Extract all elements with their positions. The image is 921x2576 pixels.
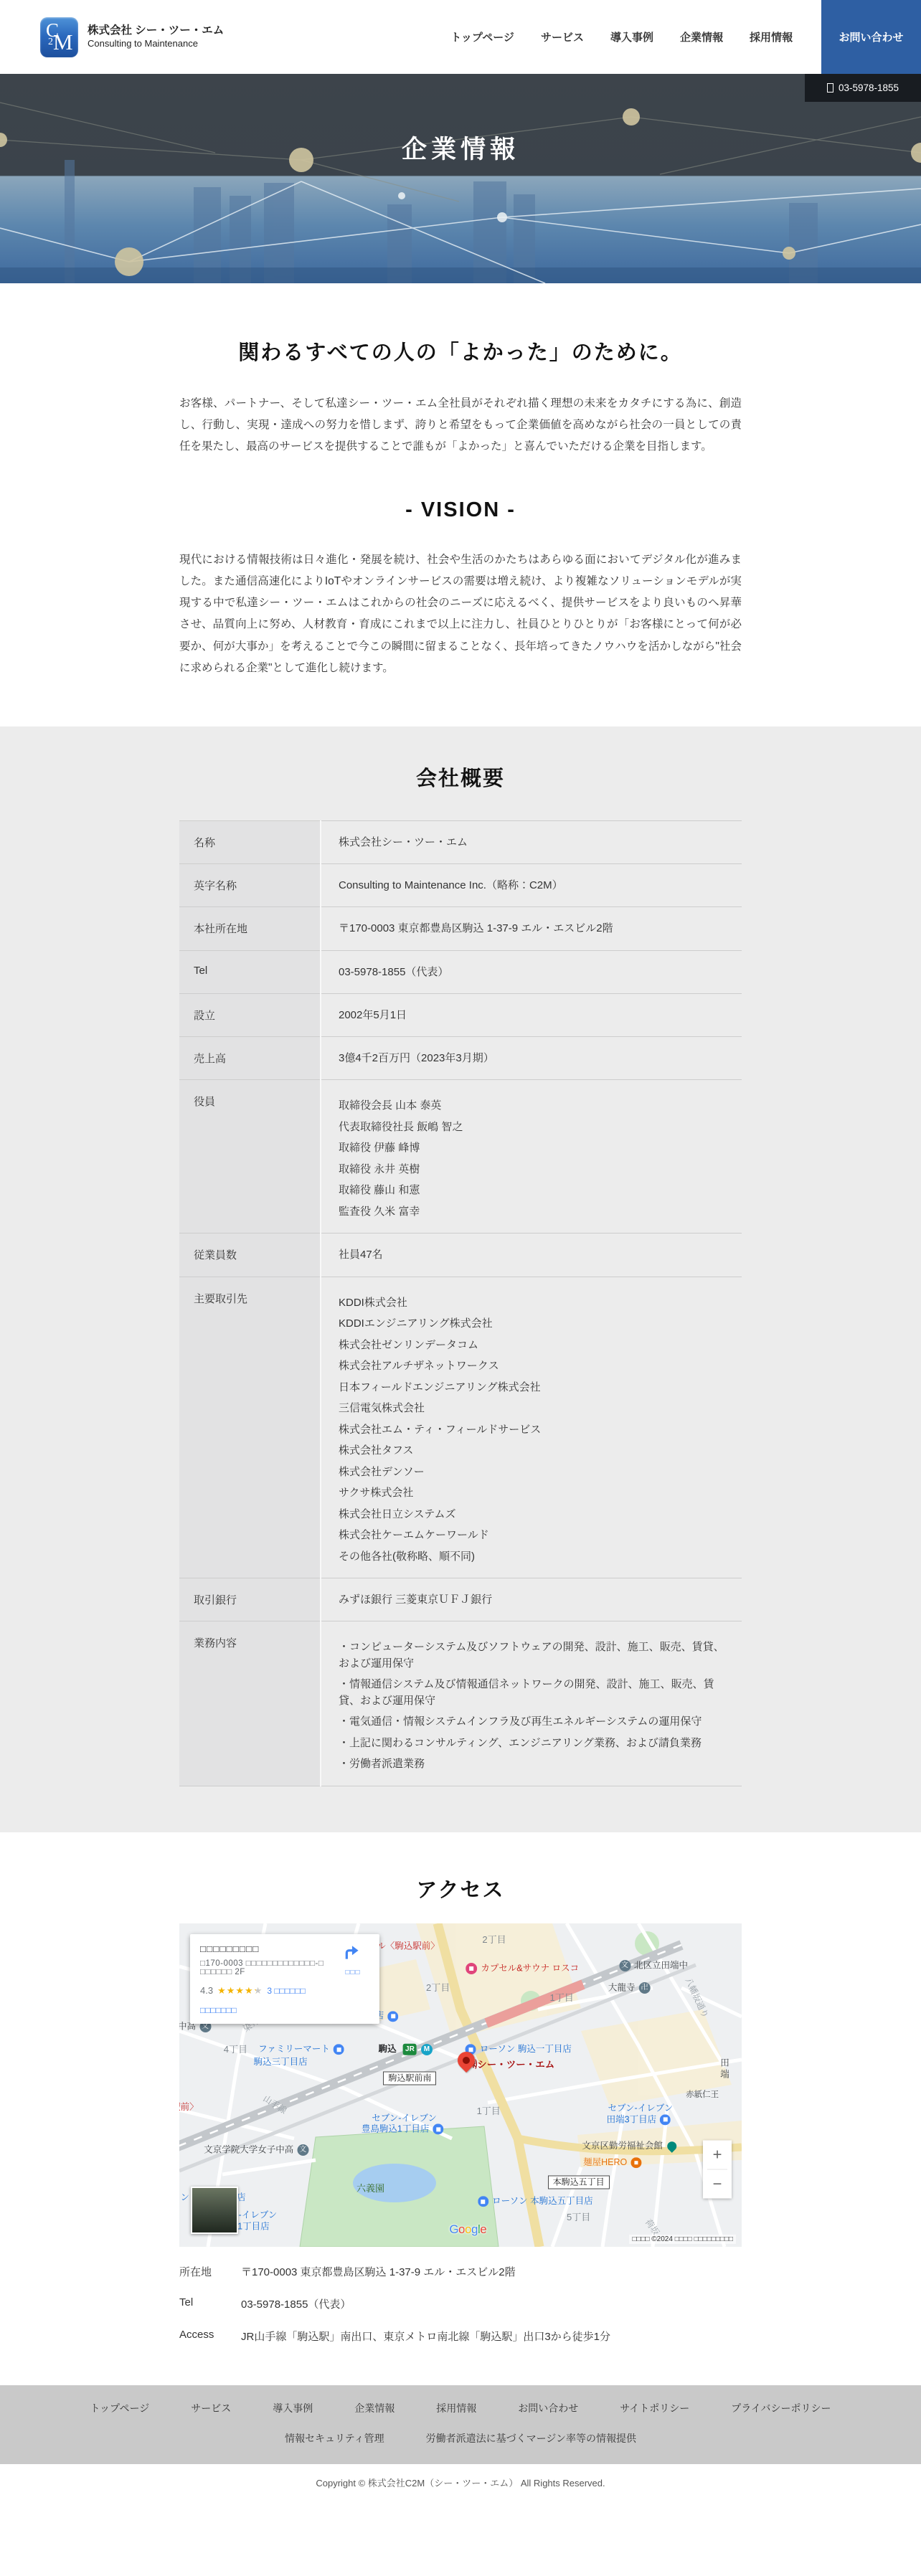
phone-icon <box>827 83 833 93</box>
map-label: 文京区勤労福祉会館 <box>582 2141 676 2152</box>
footer-link[interactable]: 情報セキュリティ管理 <box>285 2431 384 2445</box>
business-line: ・上記に関わるコンサルティング、エンジニアリング業務、および請負業務 <box>339 1736 735 1752</box>
row-value: ・コンピューターシステム及びソフトウェアの開発、設計、施工、販売、賃貸、および運… <box>321 1621 742 1786</box>
row-value: みずほ銀行 三菱東京ＵＦＪ銀行 <box>321 1578 742 1621</box>
row-label: 役員 <box>179 1080 321 1233</box>
map-label: 駒込駅前南 <box>383 2072 436 2085</box>
client-line: 株式会社エム・ティ・フィールドサービス <box>339 1422 735 1439</box>
site-header: C 2 M 株式会社 シー・ツー・エム Consulting to Mainte… <box>0 0 921 74</box>
detail-row: 所在地 〒170-0003 東京都豊島区駒込 1-37-9 エル・エスビル2階 <box>179 2264 742 2279</box>
map-label: カプセル&サウナ ロスコ <box>466 1963 579 1974</box>
row-label: 本社所在地 <box>179 907 321 950</box>
contact-button[interactable]: お問い合わせ <box>821 0 921 74</box>
nav-link[interactable]: トップページ <box>450 29 514 44</box>
access-heading: アクセス <box>179 1874 742 1903</box>
map-label: 駅前〉 <box>179 2102 199 2113</box>
logo-letter-2: 2 <box>48 37 53 48</box>
page-title: 企業情報 <box>0 130 921 166</box>
detail-label: Tel <box>179 2296 241 2311</box>
logo-text: 株式会社 シー・ツー・エム Consulting to Maintenance <box>88 24 224 50</box>
table-row: 名称株式会社シー・ツー・エム <box>179 820 742 863</box>
zoom-in-button[interactable]: + <box>703 2140 732 2169</box>
table-row: 取引銀行みずほ銀行 三菱東京ＵＦＪ銀行 <box>179 1578 742 1621</box>
hero-network-graphic <box>0 74 921 283</box>
map-info-card: □□□□□□□□□ □170-0003 □□□□□□□□□□□□□-□ □□□□… <box>190 1934 379 2024</box>
row-label: 業務内容 <box>179 1621 321 1786</box>
row-value: KDDI株式会社KDDIエンジニアリング株式会社株式会社ゼンリンデータコム株式会… <box>321 1277 742 1578</box>
table-row: 英字名称Consulting to Maintenance Inc.（略称：C2… <box>179 864 742 907</box>
footer-link[interactable]: 労働者派遣法に基づくマージン率等の情報提供 <box>426 2431 636 2445</box>
detail-value: 〒170-0003 東京都豊島区駒込 1-37-9 エル・エスビル2階 <box>241 2264 516 2279</box>
phone-number: 03-5978-1855 <box>839 82 899 93</box>
map-zoom-control: + − <box>703 2140 732 2198</box>
map-label: ローソン 駒込一丁目店 <box>462 2044 572 2055</box>
row-label: 設立 <box>179 993 321 1036</box>
business-line: ・労働者派遣業務 <box>339 1756 735 1773</box>
map-label: 駒込 <box>379 2044 397 2055</box>
nav-link[interactable]: サービス <box>541 29 584 44</box>
client-line: 株式会社デンソー <box>339 1464 735 1481</box>
detail-label: Access <box>179 2329 241 2344</box>
main-nav: トップページサービス導入事例企業情報採用情報 <box>450 29 793 44</box>
row-value: 株式会社シー・ツー・エム <box>321 820 742 863</box>
footer-link[interactable]: 導入事例 <box>273 2401 313 2415</box>
map-label: 1丁目 <box>549 1992 573 2004</box>
google-logo[interactable]: Google <box>449 2222 486 2237</box>
view-larger-map-link[interactable]: □□□□□□□ <box>200 2005 369 2015</box>
map-label: セブン-イレブン 田端3丁目店 <box>607 2103 674 2125</box>
map-label: 麺屋HERO <box>583 2157 641 2169</box>
rating-value: 4.3 <box>200 1985 213 1996</box>
map-label: 1丁目 <box>477 2105 501 2116</box>
footer-nav: トップページサービス導入事例企業情報採用情報お問い合わせサイトポリシープライバシ… <box>0 2385 921 2464</box>
table-row: 役員 取締役会長 山本 泰英代表取締役社長 飯嶋 智之取締役 伊藤 峰博取締役 … <box>179 1080 742 1233</box>
map-label: 本駒込五丁目 <box>548 2175 610 2189</box>
footer-link[interactable]: サイトポリシー <box>620 2401 689 2415</box>
vision-body: 現代における情報技術は日々進化・発展を続け、社会や生活のかたちはあらゆる面におい… <box>179 549 742 679</box>
footer-link[interactable]: プライバシーポリシー <box>731 2401 831 2415</box>
detail-row: Tel 03-5978-1855（代表） <box>179 2296 742 2311</box>
map-label: ローソン 本駒込五丁目店 <box>474 2196 592 2207</box>
row-value: 03-5978-1855（代表） <box>321 950 742 993</box>
officer-line: 取締役 伊藤 峰博 <box>339 1140 735 1157</box>
logo-letter-m: M <box>53 29 73 55</box>
map-label: 赤紙仁王 <box>686 2090 719 2100</box>
officer-line: 代表取締役社長 飯嶋 智之 <box>339 1119 735 1136</box>
client-line: KDDIエンジニアリング株式会社 <box>339 1316 735 1332</box>
map-pin-label: ㈱シー・ツー・エム <box>468 2060 555 2072</box>
row-value: 取締役会長 山本 泰英代表取締役社長 飯嶋 智之取締役 伊藤 峰博取締役 永井 … <box>321 1080 742 1233</box>
detail-row: Access JR山手線「駒込駅」南出口、東京メトロ南北線「駒込駅」出口3から徒… <box>179 2329 742 2344</box>
vision-heading: - VISION - <box>179 498 742 522</box>
detail-value: JR山手線「駒込駅」南出口、東京メトロ南北線「駒込駅」出口3から徒歩1分 <box>241 2329 610 2344</box>
directions-label: □□□ <box>336 1969 369 1976</box>
map-label: 大龍寺 <box>608 1982 651 1994</box>
nav-link[interactable]: 採用情報 <box>750 29 793 44</box>
table-row: 業務内容 ・コンピューターシステム及びソフトウェアの開発、設計、施工、販売、賃貸… <box>179 1621 742 1786</box>
map-label: 田端 <box>717 2058 734 2080</box>
row-label: Tel <box>179 950 321 993</box>
row-label: 売上高 <box>179 1037 321 1080</box>
company-overview-section: 会社概要 名称株式会社シー・ツー・エム 英字名称Consulting to Ma… <box>0 726 921 1832</box>
footer-link[interactable]: サービス <box>191 2401 231 2415</box>
footer-links-row1: トップページサービス導入事例企業情報採用情報お問い合わせサイトポリシープライバシ… <box>0 2401 921 2415</box>
detail-label: 所在地 <box>179 2264 241 2279</box>
map-attribution[interactable]: □□□□ ©2024 □□□□ □□□□□□□□□ <box>629 2235 736 2244</box>
rating-stars-icon: ★★★★★ <box>217 1985 263 1997</box>
business-line: ・情報通信システム及び情報通信ネットワークの開発、設計、施工、販売、賃貸、および… <box>339 1677 735 1709</box>
nav-link[interactable]: 企業情報 <box>680 29 723 44</box>
street-view-thumbnail[interactable] <box>191 2187 238 2234</box>
client-line: 株式会社ゼンリンデータコム <box>339 1337 735 1354</box>
copyright: Copyright © 株式会社C2M（シー・ツー・エム） All Rights… <box>0 2464 921 2498</box>
client-line: その他各社(敬称略、順不同) <box>339 1549 735 1566</box>
footer-link[interactable]: 企業情報 <box>354 2401 395 2415</box>
officer-line: 取締役 藤山 和憲 <box>339 1183 735 1199</box>
map-label: 5丁目 <box>567 2212 590 2223</box>
access-section: アクセス <box>0 1832 921 2385</box>
google-map[interactable]: パホテル〈駒込駅前〉2丁目カプセル&サウナ ロスコ北区立田端中大龍寺2丁目1丁目… <box>179 1923 742 2247</box>
client-line: 株式会社日立システムズ <box>339 1507 735 1523</box>
map-card-address: □170-0003 □□□□□□□□□□□□□-□ □□□□□□ 2F <box>200 1959 333 1976</box>
reviews-link[interactable]: 3 □□□□□□ <box>267 1986 306 1996</box>
officer-line: 取締役 永井 英樹 <box>339 1162 735 1178</box>
directions-icon <box>344 1943 362 1962</box>
officer-line: 監査役 久米 富幸 <box>339 1204 735 1221</box>
business-line: ・コンピューターシステム及びソフトウェアの開発、設計、施工、販売、賃貸、および運… <box>339 1639 735 1672</box>
officer-line: 取締役会長 山本 泰英 <box>339 1098 735 1114</box>
philosophy-body: お客様、パートナー、そして私達シー・ツー・エム全社員がそれぞれ描く理想の未来をカ… <box>179 393 742 458</box>
company-overview-table: 名称株式会社シー・ツー・エム 英字名称Consulting to Mainten… <box>179 820 742 1786</box>
row-value: 社員47名 <box>321 1233 742 1277</box>
company-name-en: Consulting to Maintenance <box>88 38 224 50</box>
map-label: 4丁目 <box>224 2044 247 2055</box>
site-logo[interactable]: C 2 M 株式会社 シー・ツー・エム Consulting to Mainte… <box>40 17 224 57</box>
hero-banner: 企業情報 <box>0 74 921 283</box>
client-line: 日本フィールドエンジニアリング株式会社 <box>339 1380 735 1396</box>
map-label: JR <box>403 2044 417 2056</box>
directions-control[interactable]: □□□ <box>336 1943 369 1976</box>
site-footer: トップページサービス導入事例企業情報採用情報お問い合わせサイトポリシープライバシ… <box>0 2385 921 2498</box>
row-label: 英字名称 <box>179 864 321 907</box>
detail-value: 03-5978-1855（代表） <box>241 2296 351 2311</box>
client-line: サクサ株式会社 <box>339 1485 735 1502</box>
row-label: 取引銀行 <box>179 1578 321 1621</box>
row-label: 従業員数 <box>179 1233 321 1277</box>
logo-mark-icon: C 2 M <box>40 17 78 57</box>
business-line: ・電気通信・情報システムインフラ及び再生エネルギーシステムの運用保守 <box>339 1714 735 1730</box>
nav-link[interactable]: 導入事例 <box>610 29 653 44</box>
row-value: 2002年5月1日 <box>321 993 742 1036</box>
row-label: 主要取引先 <box>179 1277 321 1578</box>
row-value: Consulting to Maintenance Inc.（略称：C2M） <box>321 864 742 907</box>
table-row: 本社所在地〒170-0003 東京都豊島区駒込 1-37-9 エル・エスビル2階 <box>179 907 742 950</box>
row-label: 名称 <box>179 820 321 863</box>
footer-link[interactable]: お問い合わせ <box>518 2401 578 2415</box>
table-row: 従業員数社員47名 <box>179 1233 742 1277</box>
map-label: M <box>421 2044 433 2055</box>
company-name-ja: 株式会社 シー・ツー・エム <box>88 24 224 38</box>
footer-links-row2: 情報セキュリティ管理労働者派遣法に基づくマージン率等の情報提供 <box>0 2431 921 2445</box>
map-label: セブン-イレブン 豊島駒込1丁目店 <box>362 2113 447 2135</box>
table-row: 設立2002年5月1日 <box>179 993 742 1036</box>
table-row: 主要取引先 KDDI株式会社KDDIエンジニアリング株式会社株式会社ゼンリンデー… <box>179 1277 742 1578</box>
table-row: Tel03-5978-1855（代表） <box>179 950 742 993</box>
phone-bar: 03-5978-1855 <box>805 74 921 102</box>
client-line: KDDI株式会社 <box>339 1295 735 1312</box>
map-card-title: □□□□□□□□□ <box>200 1943 333 1954</box>
map-label: 六義園 <box>356 2183 384 2194</box>
client-line: 株式会社アルチザネットワークス <box>339 1358 735 1375</box>
row-value: 3億4千2百万円（2023年3月期） <box>321 1037 742 1080</box>
map-label: 2丁目 <box>426 1982 450 1994</box>
footer-link[interactable]: トップページ <box>90 2401 149 2415</box>
footer-link[interactable]: 採用情報 <box>436 2401 476 2415</box>
philosophy-heading: 関わるすべての人の「よかった」のために。 <box>179 336 742 366</box>
map-label: 駒込三丁目店 <box>254 2057 308 2068</box>
map-label: 北区立田端中 <box>615 1960 688 1971</box>
philosophy-section: 関わるすべての人の「よかった」のために。 お客様、パートナー、そして私達シー・ツ… <box>0 283 921 726</box>
table-row: 売上高3億4千2百万円（2023年3月期） <box>179 1037 742 1080</box>
map-label: ファミリーマート <box>258 2044 348 2055</box>
client-line: 三信電気株式会社 <box>339 1401 735 1417</box>
company-overview-heading: 会社概要 <box>179 762 742 792</box>
client-line: 株式会社ケーエムケーワールド <box>339 1528 735 1544</box>
row-value: 〒170-0003 東京都豊島区駒込 1-37-9 エル・エスビル2階 <box>321 907 742 950</box>
access-details: 所在地 〒170-0003 東京都豊島区駒込 1-37-9 エル・エスビル2階 … <box>179 2264 742 2344</box>
map-label: 文京学院大学女子中高 <box>204 2144 312 2156</box>
client-line: 株式会社タフス <box>339 1443 735 1459</box>
zoom-out-button[interactable]: − <box>703 2169 732 2198</box>
map-label: 2丁目 <box>482 1933 506 1945</box>
